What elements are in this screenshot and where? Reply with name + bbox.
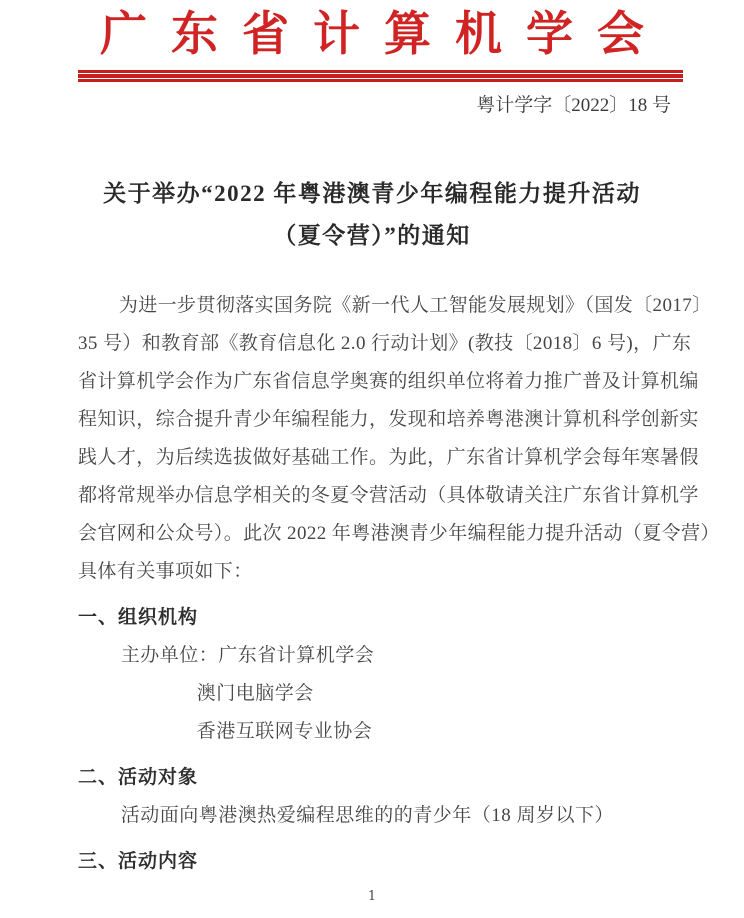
notice-title: 关于举办“2022 年粤港澳青少年编程能力提升活动 （夏令营）”的通知	[0, 173, 744, 257]
section-item-host-unit: 香港互联网专业协会	[78, 713, 683, 751]
section-item-host-unit: 主办单位：广东省计算机学会	[78, 637, 683, 675]
section-heading-participants: 二、活动对象	[78, 759, 683, 797]
paragraph-line: 会官网和公众号）。此次 2022 年粤港澳青少年编程能力提升活动（夏令营）	[78, 515, 683, 553]
section-item-participants: 活动面向粤港澳热爱编程思维的的青少年（18 周岁以下）	[78, 797, 683, 835]
section-item-host-unit: 澳门电脑学会	[78, 675, 683, 713]
document-number: 粤计学字〔2022〕18 号	[78, 87, 683, 125]
section-heading-activity-content: 三、活动内容	[78, 843, 683, 881]
paragraph-line: 为进一步贯彻落实国务院《新一代人工智能发展规划》（国发〔2017〕	[78, 287, 683, 325]
paragraph-line: 省计算机学会作为广东省信息学奥赛的组织单位将着力推广普及计算机编	[78, 363, 683, 401]
letterhead-separator-line	[78, 70, 683, 82]
page-number: 1	[0, 889, 744, 904]
notice-title-line-2: （夏令营）”的通知	[0, 215, 744, 257]
notice-title-line-1: 关于举办“2022 年粤港澳青少年编程能力提升活动	[0, 173, 744, 215]
letterhead-org-name: 广东省计算机学会	[0, 0, 744, 62]
paragraph-line: 程知识，综合提升青少年编程能力，发现和培养粤港澳计算机科学创新实	[78, 401, 683, 439]
paragraph-line: 具体有关事项如下：	[78, 553, 683, 591]
paragraph-line: 都将常规举办信息学相关的冬夏令营活动（具体敬请关注广东省计算机学	[78, 477, 683, 515]
notice-body: 为进一步贯彻落实国务院《新一代人工智能发展规划》（国发〔2017〕 35 号）和…	[78, 287, 683, 881]
paragraph-line: 践人才，为后续选拔做好基础工作。为此，广东省计算机学会每年寒暑假	[78, 439, 683, 477]
section-heading-organizers: 一、组织机构	[78, 599, 683, 637]
document-page: 广东省计算机学会 粤计学字〔2022〕18 号 关于举办“2022 年粤港澳青少…	[0, 0, 744, 918]
paragraph-line: 35 号）和教育部《教育信息化 2.0 行动计划》(教技〔2018〕6 号)，广…	[78, 325, 683, 363]
